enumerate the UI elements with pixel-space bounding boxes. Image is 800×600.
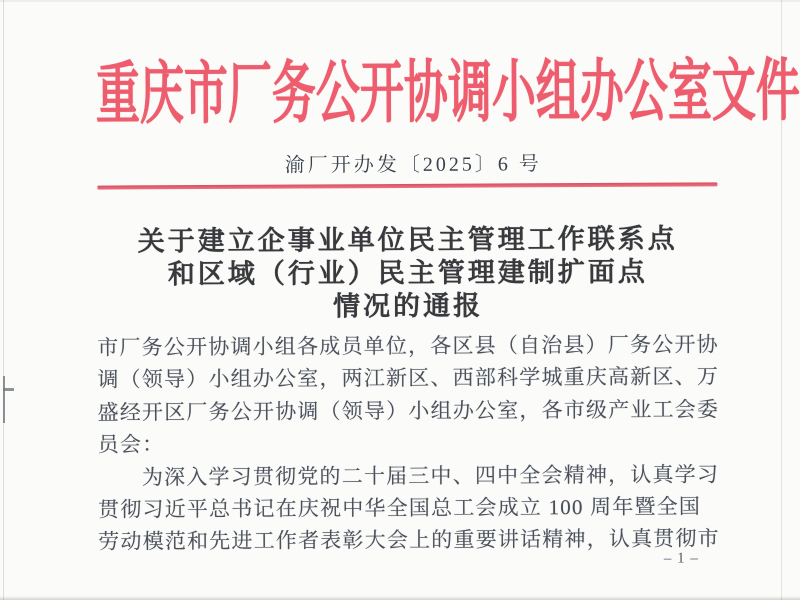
body-text-line-7: 劳动模范和先进工作者表彰大会上的重要讲话精神，认真贯彻市 <box>98 523 726 559</box>
red-separator-line <box>97 182 717 189</box>
body-text-line-1: 市厂务公开协调小组各成员单位，各区县（自治县）厂务公开协 <box>97 328 725 364</box>
document-number: 渝厂开办发〔2025〕6 号 <box>102 150 724 179</box>
document-body: 市厂务公开协调小组各成员单位，各区县（自治县）厂务公开协 调（领导）小组办公室，… <box>97 328 726 558</box>
document-content: 重庆市厂务公开协调小组办公室文件 渝厂开办发〔2025〕6 号 关于建立企事业单… <box>0 0 800 600</box>
scanned-document-page: 重庆市厂务公开协调小组办公室文件 渝厂开办发〔2025〕6 号 关于建立企事业单… <box>0 0 800 600</box>
document-title-line-1: 关于建立企事业单位民主管理工作联系点 <box>97 222 719 258</box>
document-title-line-2: 和区域（行业）民主管理建制扩面点 <box>97 255 719 291</box>
page-number: – 1 – <box>641 550 721 567</box>
body-text-line-2: 调（领导）小组办公室，两江新区、西部科学城重庆高新区、万 <box>97 361 725 397</box>
body-text-line-3: 盛经开区厂务公开协调（领导）小组办公室，各市级产业工会委 <box>98 393 726 429</box>
document-header-title: 重庆市厂务公开协调小组办公室文件 <box>96 55 718 133</box>
body-text-line-6: 贯彻习近平总书记在庆祝中华全国总工会成立 100 周年暨全国 <box>98 490 726 526</box>
body-text-line-4: 员会： <box>98 425 726 461</box>
document-title: 关于建立企事业单位民主管理工作联系点 和区域（行业）民主管理建制扩面点 情况的通… <box>97 222 720 324</box>
body-text-line-5: 为深入学习贯彻党的二十届三中、四中全会精神，认真学习 <box>98 458 726 494</box>
document-title-line-3: 情况的通报 <box>97 288 719 324</box>
